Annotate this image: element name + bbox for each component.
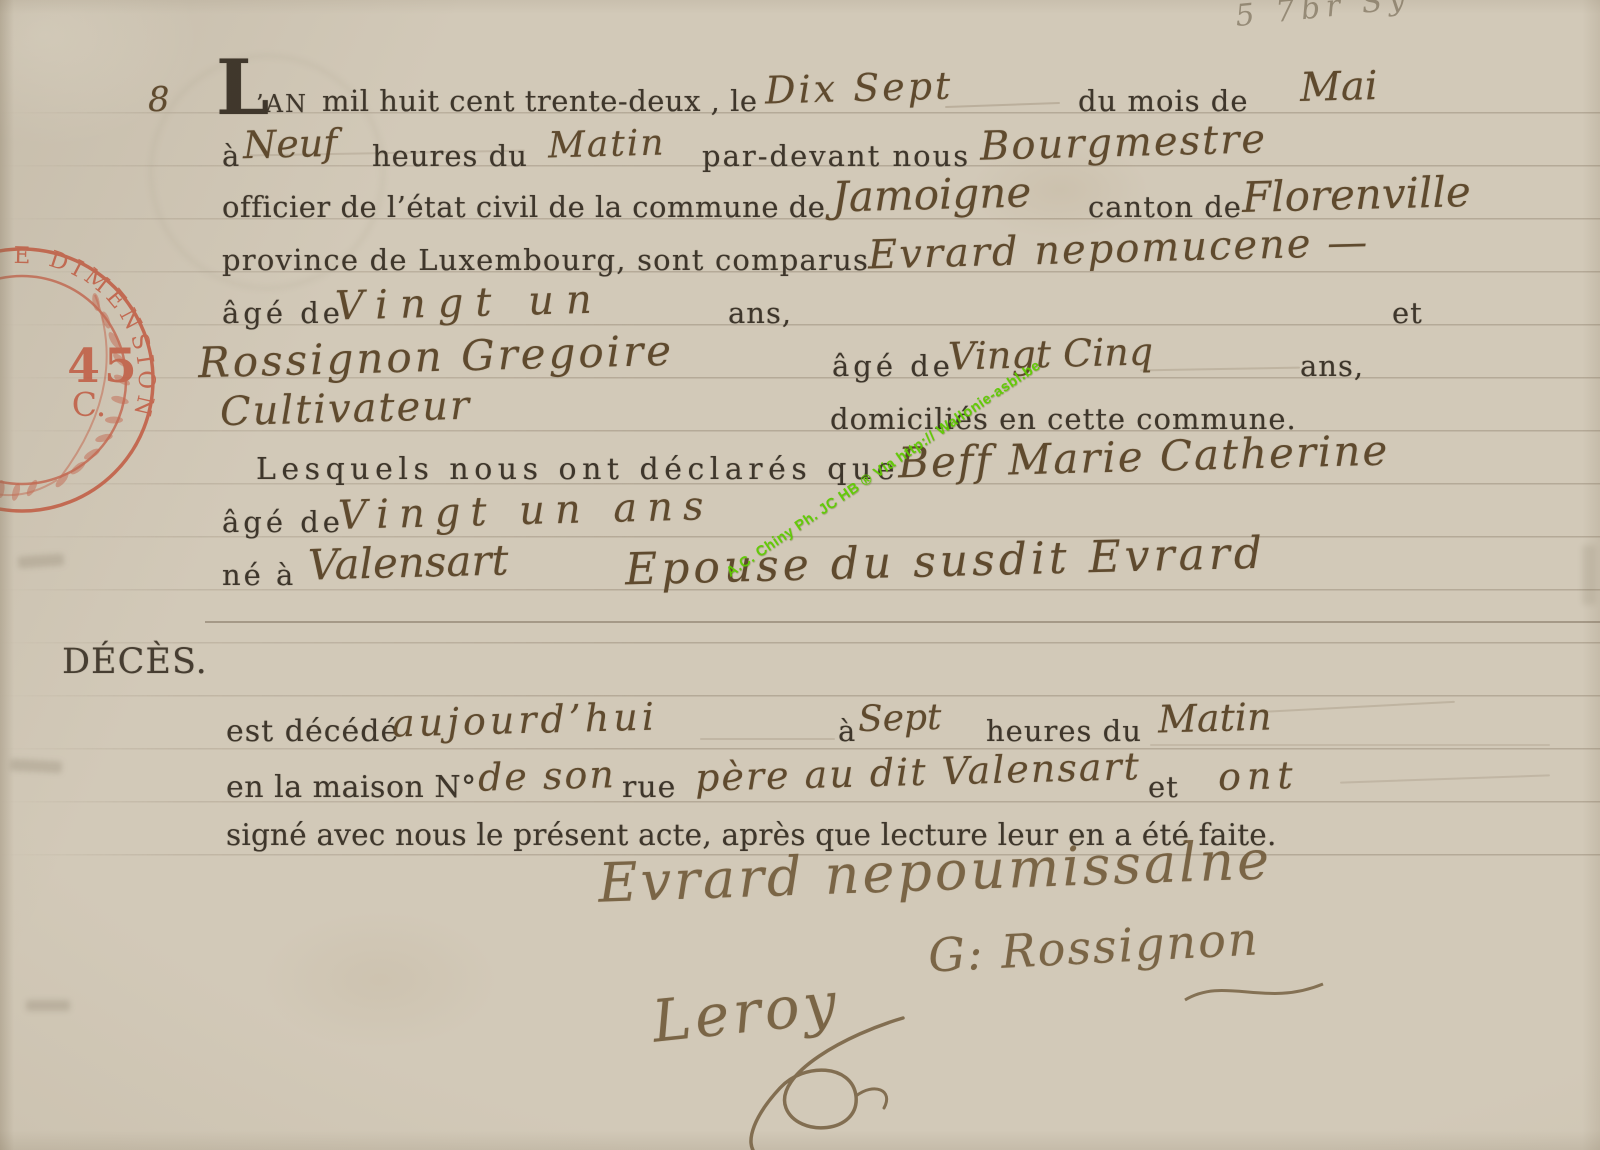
ink-stroke — [1340, 774, 1550, 783]
signature-flourish — [1180, 972, 1330, 1012]
hand-age1: Vingt un — [334, 276, 604, 329]
hand-commune: Jamoigne — [831, 167, 1031, 221]
hand-profession: Cultivateur — [219, 383, 471, 436]
deces-heading: DÉCÈS. — [62, 642, 208, 682]
officer-paraph — [688, 1012, 938, 1150]
hand-officer-title: Bourgmestre — [979, 116, 1267, 169]
printed-par-devant-nous: par-devant nous — [702, 139, 970, 173]
printed-est-decede: est décédé — [226, 714, 399, 749]
hand-death-period: Matin — [1157, 695, 1272, 742]
printed-heures-du: heures du — [372, 139, 528, 173]
hand-house-no: de son — [477, 752, 616, 800]
hand-canton: Florenville — [1241, 167, 1471, 222]
section-separator-line — [205, 621, 1600, 623]
hand-month: Mai — [1299, 63, 1378, 111]
bleed-through-mark — [1582, 545, 1596, 605]
revenue-stamp: E DIMENSION 45 C. — [0, 240, 162, 520]
hand-day: Dix Sept — [764, 64, 953, 113]
top-right-annotation: 5 7br Sy — [1234, 0, 1413, 34]
bleed-through-mark — [26, 1000, 70, 1011]
hand-birthplace: Valensart — [307, 535, 509, 589]
printed-rue: rue — [622, 770, 676, 805]
ink-stroke — [700, 738, 835, 740]
printed-a: à — [222, 139, 240, 173]
hand-period: Matin — [547, 122, 666, 166]
printed-du-mois-de: du mois de — [1078, 84, 1249, 118]
printed-ne-a: né à — [222, 558, 296, 592]
act-number: 8 — [147, 80, 170, 121]
printed-ans-2: ans, — [1300, 349, 1364, 383]
hand-ont: ont — [1217, 753, 1299, 799]
ink-stroke — [1140, 367, 1300, 372]
printed-heures-du-2: heures du — [986, 714, 1142, 748]
printed-lan-smallcaps: ’AN — [256, 90, 308, 118]
hand-death-day: aujourd’hui — [391, 695, 658, 746]
ink-stroke — [945, 102, 1060, 108]
printed-age-de-1: âgé de — [222, 296, 344, 330]
printed-officier: officier de l’état civil de la commune d… — [222, 190, 825, 224]
printed-en-la-maison: en la maison N° — [226, 770, 477, 805]
printed-ans-1: ans, — [728, 296, 792, 330]
hand-deceased-age: Vingt un ans — [337, 483, 714, 539]
death-record-page: E DIMENSION 45 C. 5 7br Sy 8 L ’AN mil h… — [0, 0, 1600, 1150]
printed-age-de-2: âgé de — [832, 349, 954, 383]
printed-lesquels: Lesquels nous ont déclarés que — [256, 452, 900, 487]
printed-canton-de: canton de — [1088, 190, 1242, 224]
hand-spouse-note: Epouse du susdit Evrard — [624, 528, 1266, 596]
hand-declarant1: Evrard nepomucene — — [867, 219, 1369, 278]
hand-hour: Neuf — [242, 121, 337, 167]
printed-a-2: à — [838, 714, 856, 748]
printed-age-de-3: âgé de — [222, 505, 344, 539]
ink-stroke — [1150, 744, 1550, 746]
printed-et: et — [1392, 296, 1423, 330]
hand-declarant2: Rossignon Gregoire — [197, 326, 674, 387]
printed-et-2: et — [1148, 770, 1179, 804]
bleed-through-mark — [10, 759, 63, 774]
hand-death-hour: Sept — [857, 697, 942, 740]
printed-line1: mil huit cent trente-deux , le — [322, 84, 758, 118]
stamp-unit: C. — [72, 385, 107, 424]
ink-stroke — [1255, 701, 1455, 713]
hand-age2: Vingt Cinq — [947, 329, 1153, 378]
bleed-through-mark — [18, 553, 65, 568]
printed-province: province de Luxembourg, sont comparus — [222, 243, 869, 277]
hand-death-place: père au dit Valensart — [695, 744, 1142, 800]
